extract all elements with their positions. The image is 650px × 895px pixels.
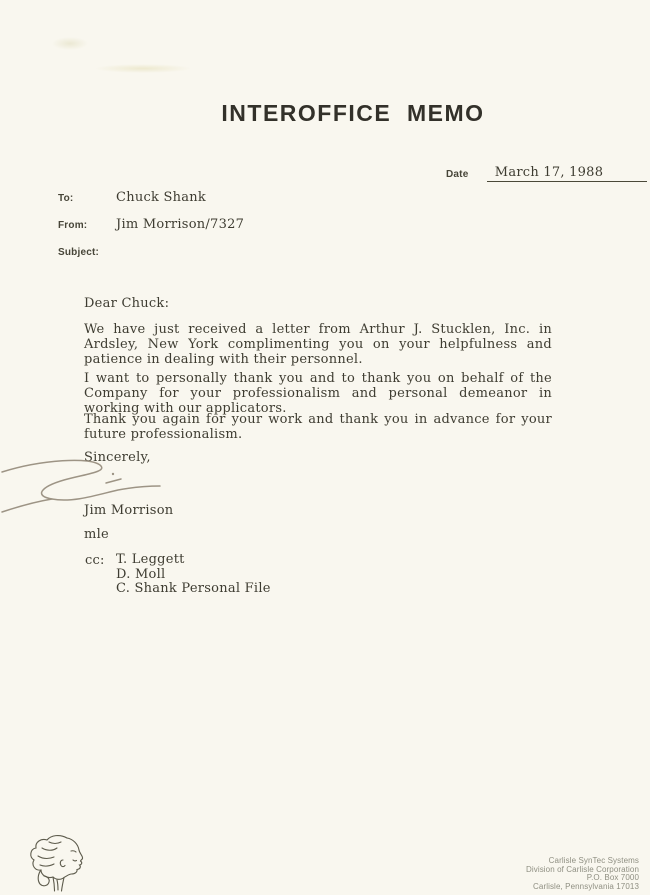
to-label: To: [58,193,73,204]
cc-item: D. Moll [116,568,271,583]
paragraph-3: Thank you again for your work and thank … [84,412,552,442]
date-underline: March 17, 1988 [487,163,647,182]
company-footer: Carlisle SynTec Systems Division of Carl… [526,857,639,891]
greeting: Dear Chuck: [84,296,552,311]
typist-initials: mle [84,527,552,542]
footer-line: Carlisle, Pennsylvania 17013 [526,883,639,892]
subject-label: Subject: [58,247,99,258]
scan-smudge [52,37,88,50]
scan-smudge [95,64,191,73]
date-value: March 17, 1988 [495,165,603,180]
cc-label: cc: [85,553,105,568]
cc-list: T. Leggett D. Moll C. Shank Personal Fil… [116,553,271,597]
memo-page: INTEROFFICE MEMO Date March 17, 1988 To:… [0,0,650,895]
signer-name: Jim Morrison [84,503,552,518]
paragraph-2: I want to personally thank you and to th… [84,371,552,416]
to-value: Chuck Shank [116,190,206,205]
indian-head-logo-icon [27,834,99,892]
from-label: From: [58,220,87,231]
from-value: Jim Morrison/7327 [116,217,244,232]
memo-title: INTEROFFICE MEMO [0,100,650,127]
paragraph-1: We have just received a letter from Arth… [84,322,552,367]
cc-item: T. Leggett [116,553,271,568]
cc-item: C. Shank Personal File [116,582,271,597]
date-label: Date [446,169,468,180]
